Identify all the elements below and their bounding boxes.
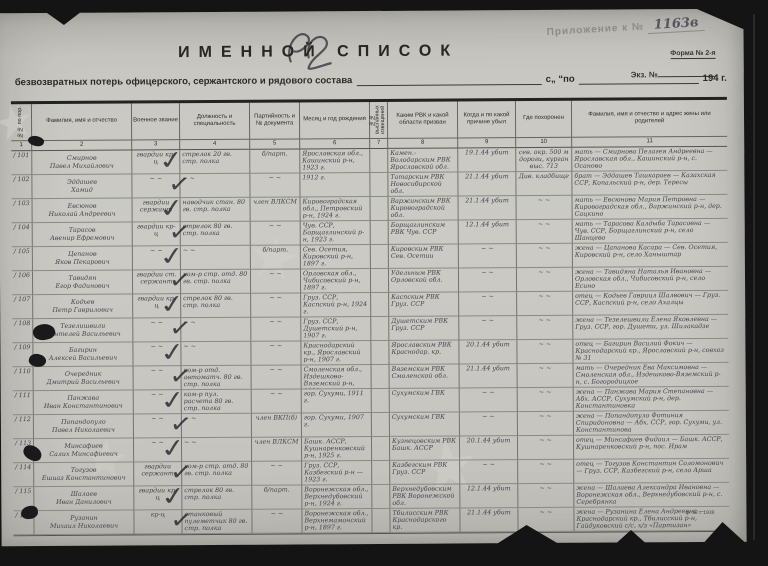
family-cell: жена — Панжава Мария Степановна — Абх. А… <box>573 387 729 412</box>
col-header-born: Месяц и год рождения <box>299 102 369 139</box>
name-cell: ПопандопулоПавел Николаевич <box>33 414 133 439</box>
born-cell: Воронежская обл., Верхнедубовский р-н, 1… <box>301 485 371 509</box>
rvk-cell: Сухумским ГВК <box>389 388 459 412</box>
rvk-cell: Борщаглинским РВК Чув. ССР <box>388 220 458 244</box>
notice-cell <box>370 221 388 245</box>
rank-cell: ~ ~ <box>133 390 181 414</box>
rank-cell: гвардии сержант <box>133 462 181 486</box>
fate-cell: ~ ~ <box>459 460 517 484</box>
notice-cell <box>371 413 389 437</box>
family-cell: жена — Шалаева Александра Ивановна — Вор… <box>573 483 729 508</box>
burial-cell: ~ ~ <box>516 268 572 292</box>
party-cell: ~ ~ <box>250 341 300 365</box>
party-cell: ~ ~ <box>249 173 299 197</box>
col-number: 4 <box>179 140 249 150</box>
notice-cell <box>371 365 389 389</box>
fate-cell: ~ ~ <box>458 292 516 316</box>
duty-cell: станковый пулеметчик 80 гв. стр. полка <box>181 510 251 534</box>
row-number-cell: /106 <box>12 271 32 295</box>
born-cell: Ярославская обл., Кашинский р-н, 1923 г. <box>299 149 369 173</box>
fate-cell: 21.1.44 убит <box>459 508 517 532</box>
born-cell: Краснодарский кр., Ярославский р-н, 1907… <box>300 341 370 365</box>
notice-cell <box>371 461 389 485</box>
party-cell: б/парт. <box>249 149 299 173</box>
row-number-cell: /105 <box>12 247 32 271</box>
notice-cell <box>371 437 389 461</box>
appendix-stamp: Приложение к № 1163в <box>546 15 705 39</box>
party-cell: ~ ~ <box>251 389 301 413</box>
name-cell: ЭддашевХамид <box>31 174 131 199</box>
born-cell: 1912 г. <box>299 173 369 197</box>
rvk-cell: Верхнедубовским РВК Воронежской обл. <box>389 484 459 508</box>
row-number-cell: /107 <box>12 295 32 319</box>
notice-cell <box>370 317 388 341</box>
notice-cell <box>369 149 387 173</box>
page-edge-line <box>753 14 755 540</box>
party-cell: б/парт. <box>251 485 301 509</box>
row-number-cell: /102 <box>11 175 31 199</box>
party-cell: член ВЛКСМ <box>250 197 300 221</box>
notice-cell <box>371 509 389 533</box>
family-cell: жена — Тавидяна Наталья Ивановна — Орлов… <box>572 267 728 292</box>
born-cell: Орловская обл., Чибисовский р-н, 1897 г. <box>300 269 370 293</box>
burial-cell: ~ ~ <box>517 388 573 412</box>
party-cell: б/парт. <box>250 245 300 269</box>
party-cell: ~ ~ <box>250 221 300 245</box>
duty-cell: стрелок 80 гв. стр. полка <box>180 294 250 318</box>
period-year-label: 194 г. <box>703 73 727 84</box>
born-cell: Груз. ССР, Казбегский р-н — 1923 г. <box>301 461 371 485</box>
rvk-cell: Тбилисским РВК Краснодарского кр. <box>389 508 459 532</box>
table-header-row: №№ по пор. Фамилия, имя и отчество Военн… <box>11 100 727 141</box>
rank-cell: гвардии кр-ц <box>132 294 180 318</box>
born-cell: Кировоградская обл., Петровский р-н, 192… <box>300 197 370 221</box>
family-cell: мать — Очередник Ева Максимовна — Смолен… <box>573 363 729 388</box>
rvk-cell: Кировским РВК Сев. Осетии <box>388 244 458 268</box>
row-number-cell: /111 <box>13 391 33 415</box>
family-cell: отец — Кодьев Гавриил Шалвович — Груз. С… <box>572 291 728 316</box>
family-cell: отец — Тогузов Константин Соломонович — … <box>573 459 729 484</box>
family-cell: жена — Цапанова Касара — Сев. Осетия, Ки… <box>572 243 728 268</box>
period-po-label: по <box>563 74 575 85</box>
family-cell: мать — Тарасова Калдыба Тарасовна — Чув.… <box>572 219 728 244</box>
party-cell: ~ ~ <box>251 509 301 533</box>
fate-cell: ~ ~ <box>459 388 517 412</box>
born-cell: Башк. АССР, Кушнаренковский р-н, 1925 г. <box>301 437 371 461</box>
fate-cell: ~ ~ <box>458 316 516 340</box>
notice-cell <box>371 485 389 509</box>
duty-cell: стрелок 20 гв. стр. полка <box>179 150 249 174</box>
col-number: 5 <box>249 139 299 149</box>
family-cell: отец — Минсафиев Фидаил — Башк. АССР, Ку… <box>573 435 729 460</box>
born-cell: Груз. ССР, Душетский р-н, 1907 г. <box>300 317 370 341</box>
family-cell: жена — Тезелешвили Елена Яковлевна — Гру… <box>572 315 728 340</box>
name-cell: ТарасовАвенир Ефремович <box>32 222 132 247</box>
burial-cell: Див. кладбище <box>515 172 571 196</box>
col-header-party: Партийность и № документа <box>249 102 299 139</box>
row-number-cell: /103 <box>12 199 32 223</box>
duty-cell: стрелок 80 гв. стр. полка <box>181 486 251 510</box>
col-number: 8 <box>387 138 457 148</box>
notice-cell <box>370 341 388 365</box>
rvk-cell: Удельным РВК Орловской обл. <box>388 268 458 292</box>
fate-cell: 19.1.44 убит <box>457 148 515 172</box>
blank-line <box>579 74 699 85</box>
col-number: 10 <box>515 138 571 148</box>
rank-cell: ~ ~ <box>132 342 180 366</box>
rvk-cell: Казбегским РВК Груз. ССР <box>389 460 459 484</box>
born-cell: Воронежская обл., Верхнемамонский р-н, 1… <box>301 509 371 533</box>
print-code: ф. 32 г. 1939 <box>685 510 714 516</box>
born-cell: Сев. Осетия, Кировский р-н, 1897 г. <box>300 245 370 269</box>
name-cell: ПанжаваИван Константинович <box>33 390 133 415</box>
fate-cell: 20.1.44 убит <box>458 340 516 364</box>
col-header-rvk: Каким РВК и какой области призван <box>387 101 457 138</box>
notice-cell <box>370 269 388 293</box>
born-cell: гор. Сухуми, 1907 г. <box>301 413 371 437</box>
duty-cell: ком-р стр. отд. 80 гв. стр. полка <box>180 270 250 294</box>
duty-cell: ком-р стр. отд. 80 гв. стр. полка <box>181 462 251 486</box>
duty-cell: стрелок 80 гв. стр. полка <box>180 222 250 246</box>
rank-cell: ~ ~ <box>133 438 181 462</box>
rank-cell: ~ ~ <box>132 318 180 342</box>
rank-cell: гвардии кр-ц <box>132 222 180 246</box>
col-number: 2 <box>31 140 131 151</box>
col-number: 7 <box>369 139 387 149</box>
rvk-cell: Ярославским РВК Краснодар. кр. <box>388 340 458 364</box>
burial-cell: ~ ~ <box>516 196 572 220</box>
duty-cell: ~ ~ <box>180 246 250 270</box>
burial-cell: ~ ~ <box>517 436 573 460</box>
fate-cell: 12.1.44 убит <box>459 484 517 508</box>
duty-cell: ~ ~ <box>180 318 250 342</box>
fate-cell: ~ ~ <box>458 244 516 268</box>
appendix-stamp-label: Приложение к № <box>546 21 644 38</box>
col-header-rank: Военное звание <box>131 103 179 140</box>
row-number-cell: /114 <box>13 463 33 487</box>
party-cell: член ВКП(б) <box>251 413 301 437</box>
rank-cell: ~ ~ <box>132 246 180 270</box>
row-number-cell: /112 <box>13 415 33 439</box>
notice-cell <box>370 245 388 269</box>
col-number: 6 <box>299 139 369 149</box>
scanned-document-page: ★ ★ ★ ★ ★ Приложение к № 1163в Форма № 2… <box>0 0 768 566</box>
col-header-name: Фамилия, имя и отчество <box>31 103 131 141</box>
name-cell: СмирновПавел Михайлович <box>31 150 131 175</box>
rank-cell: гвардии кр-ц <box>131 150 179 174</box>
party-cell: ~ ~ <box>250 317 300 341</box>
born-cell: Чув. ССР, Борщаглинский р-н, 1923 г. <box>300 221 370 245</box>
name-cell: КодьевПетр Гаврилович <box>32 294 132 319</box>
col-number: 3 <box>131 140 179 150</box>
family-cell: отец — Багирин Василий Фокич — Краснодар… <box>572 339 728 364</box>
rank-cell: ~ ~ <box>133 414 181 438</box>
name-cell: МинсафиевСалих Минсафиевич <box>33 438 133 463</box>
burial-cell: ~ ~ <box>517 484 573 508</box>
born-cell: гор. Сухуми, 1911 г. <box>301 389 371 413</box>
burial-cell: сев. окр. 500 м дороги, курган выс. 713 <box>515 148 571 172</box>
col-header-family: Фамилия, имя и отчество и адрес жены или… <box>571 100 727 138</box>
party-cell: ~ ~ <box>250 293 300 317</box>
duty-cell: ком-р отд. автоматч. 80 гв. стр. полка <box>181 366 251 390</box>
family-cell: жена — Попандопуло Фотиния Спиридоновна … <box>573 411 729 436</box>
burial-cell: ~ ~ <box>516 220 572 244</box>
table-row: /116 РузанинМихаил Николаевич кр-ц станк… <box>13 507 729 535</box>
rvk-cell: Душетским РВК Груз. ССР <box>388 316 458 340</box>
table-body: /101 СмирновПавел Михайлович гвардии кр-… <box>11 147 729 535</box>
period-quote: „ “ <box>551 74 563 85</box>
name-cell: ШалаевИван Данилович <box>33 486 133 511</box>
duty-cell: ком-р пул. расчета 80 гв. стр. полка <box>181 390 251 414</box>
party-cell: член ВЛКСМ <box>251 437 301 461</box>
row-number-cell: /110 <box>13 367 33 391</box>
burial-cell: ~ ~ <box>517 412 573 436</box>
duty-cell: ~ ~ <box>179 174 249 198</box>
rvk-cell: Кузнецовским РВК Башк. АССР <box>389 436 459 460</box>
family-cell: мать — Смирнова Пелагея Андреевна — Ярос… <box>571 147 727 172</box>
notice-cell <box>369 173 387 197</box>
rank-cell: кр-ц <box>133 510 181 534</box>
duty-cell: ~ ~ <box>181 438 251 462</box>
burial-cell: ~ ~ <box>517 460 573 484</box>
col-header-index: №№ по пор. <box>11 104 31 141</box>
family-cell: брат — Эддашев Ташкараев — Казахская ССР… <box>571 171 727 196</box>
rank-cell: гвардии кр-ц <box>133 486 181 510</box>
fate-cell: 21.1.44 убит <box>457 172 515 196</box>
burial-cell: ~ ~ <box>516 292 572 316</box>
rvk-cell: Каспским РВК Груз. ССР <box>388 292 458 316</box>
rvk-cell: Татарским РВК Новосибирской обл. <box>387 172 457 196</box>
name-cell: ОчередникДмитрий Васильевич <box>33 366 133 391</box>
losses-table: №№ по пор. Фамилия, имя и отчество Военн… <box>11 97 730 536</box>
page-title: ИМЕННОЙ СПИСОК <box>0 41 639 63</box>
burial-cell: ~ ~ <box>516 340 572 364</box>
row-number-cell: /101 <box>11 151 31 175</box>
rank-cell: гвардии ст. сержант <box>132 270 180 294</box>
notice-cell <box>370 197 388 221</box>
name-cell: ТогузовЕшиаз Константинович <box>33 462 133 487</box>
party-cell: ~ ~ <box>251 461 301 485</box>
fate-cell: ~ ~ <box>459 412 517 436</box>
fate-cell: 21.1.44 убит <box>458 196 516 220</box>
party-cell: ~ ~ <box>251 365 301 389</box>
rank-cell: ~ ~ <box>133 366 181 390</box>
burial-cell: ~ ~ <box>516 316 572 340</box>
duty-cell: ~ ~ <box>181 414 251 438</box>
burial-cell: ~ ~ <box>516 244 572 268</box>
blank-line <box>356 75 541 86</box>
born-cell: Смоленская обл., Издешково-Вяземский р-н… <box>301 365 371 389</box>
name-cell: ЕвсюновНиколай Андреевич <box>32 198 132 223</box>
fate-cell: 20.1.44 убит <box>459 436 517 460</box>
rvk-cell: Вяземским РВК Смоленской обл. <box>389 364 459 388</box>
duty-cell: ~ ~ <box>180 342 250 366</box>
name-cell: ТавидянЕгор Фадинович <box>32 270 132 295</box>
name-cell: БагиринАлексей Васильевич <box>32 342 132 367</box>
rvk-cell: Варжинским РВК Кировоградской обл. <box>388 196 458 220</box>
col-header-fate: Когда и по какой причине убыл <box>457 101 515 138</box>
col-header-duty: Должность и специальность <box>179 103 249 140</box>
subtitle-line: безвозвратных потерь офицерского, сержан… <box>15 73 727 88</box>
notice-cell <box>371 389 389 413</box>
fate-cell: 12.1.44 убит <box>458 220 516 244</box>
col-number: 9 <box>457 138 515 148</box>
rvk-cell: Сухумским ГВК <box>389 412 459 436</box>
fate-cell: ~ ~ <box>458 268 516 292</box>
born-cell: Груз. ССР, Каспский р-н, 1924 г. <box>300 293 370 317</box>
col-header-notices: №№ высланных извещений <box>369 102 387 139</box>
family-cell: мать — Евсюнова Мария Петровна — Кировог… <box>572 195 728 220</box>
notice-cell <box>370 293 388 317</box>
paper-sheet: ★ ★ ★ ★ ★ Приложение к № 1163в Форма № 2… <box>0 9 747 547</box>
fate-cell: 21.1.44 убит <box>459 364 517 388</box>
party-cell: ~ ~ <box>250 269 300 293</box>
row-number-cell: /108 <box>12 319 32 343</box>
name-cell: ЦепановЯков Пекарович <box>32 246 132 271</box>
subtitle-text: безвозвратных потерь офицерского, сержан… <box>15 75 353 88</box>
duty-cell: наводчик стан. 80 гв. стр. полка <box>180 198 250 222</box>
burial-cell: ~ ~ <box>517 364 573 388</box>
form-number-label: Форма № 2-я <box>670 50 715 59</box>
rvk-cell: Камен.-Володарским РВК Ярославской обл. <box>387 148 457 172</box>
appendix-number-handwritten: 1163в <box>647 15 705 34</box>
row-number-cell: /104 <box>12 223 32 247</box>
name-cell: РузанинМихаил Николаевич <box>33 510 133 535</box>
col-header-burial: Где похоронен <box>515 101 571 138</box>
rank-cell: гвардии сержант <box>132 198 180 222</box>
rank-cell: ~ ~ <box>131 174 179 198</box>
